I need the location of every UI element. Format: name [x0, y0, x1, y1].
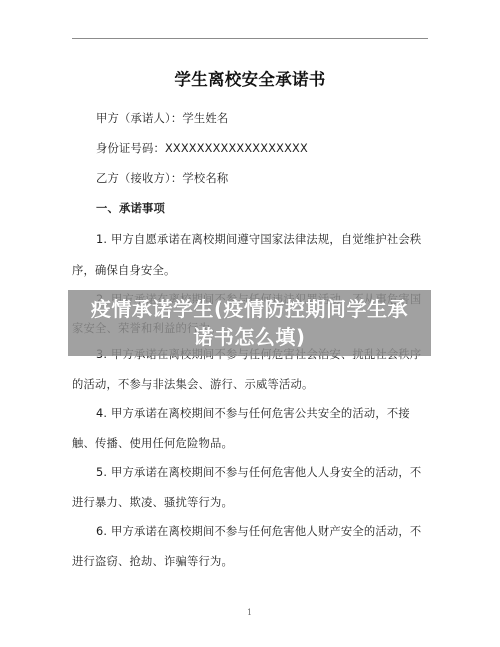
item-1-line-2: 序，确保自身安全。	[72, 262, 175, 278]
item-6-line-1: 6. 甲方承诺在离校期间不参与任何危害他人财产安全的活动，不	[96, 523, 421, 539]
item-5-line-2: 进行暴力、欺凌、骚扰等行为。	[72, 494, 233, 510]
section-heading: 一、承诺事项	[96, 200, 165, 216]
document-title: 学生离校安全承诺书	[0, 66, 500, 90]
item-5-line-1: 5. 甲方承诺在离校期间不参与任何危害他人人身安全的活动，不	[96, 464, 421, 480]
page-number: 1	[247, 608, 252, 617]
item-1-line-1: 1. 甲方自愿承诺在离校期间遵守国家法律法规，自觉维护社会秩	[96, 231, 421, 247]
header-rule	[72, 38, 428, 39]
item-3-line-2: 的活动，不参与非法集会、游行、示威等活动。	[72, 376, 313, 392]
party-a-line: 甲方（承诺人）：学生姓名	[96, 110, 228, 126]
party-b-line: 乙方（接收方）：学校名称	[96, 170, 228, 186]
overlay-title: 疫情承诺学生(疫情防控期间学生承诺书怎么填)	[68, 290, 431, 356]
item-4-line-1: 4. 甲方承诺在离校期间不参与任何危害公共安全的活动，不接	[96, 405, 410, 421]
id-number-line: 身份证号码：XXXXXXXXXXXXXXXXXX	[96, 140, 308, 156]
item-6-line-2: 进行盗窃、抢劫、诈骗等行为。	[72, 553, 233, 569]
item-4-line-2: 触、传播、使用任何危险物品。	[72, 435, 233, 451]
